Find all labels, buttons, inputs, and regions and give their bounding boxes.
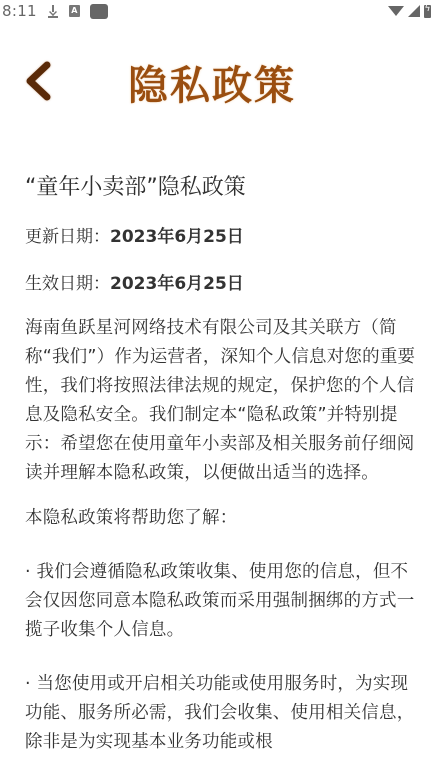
status-left: 8:11 A — [2, 2, 108, 20]
updated-date-value: 2023年6月25日 — [110, 227, 244, 247]
updated-date-line: 更新日期：2023年6月25日 — [25, 222, 420, 252]
page-title: 隐私政策 — [128, 54, 296, 111]
a-icon: A — [69, 5, 80, 17]
effective-date-value: 2023年6月25日 — [110, 274, 244, 294]
policy-content[interactable]: “童年小卖部”隐私政策 更新日期：2023年6月25日 生效日期：2023年6月… — [25, 170, 420, 781]
notification-box-icon — [90, 4, 108, 19]
battery-charging-icon — [424, 5, 431, 18]
chevron-left-icon — [23, 60, 53, 106]
status-bar: 8:11 A — [0, 0, 435, 22]
effective-date-line: 生效日期：2023年6月25日 — [25, 269, 420, 299]
back-button[interactable] — [18, 58, 58, 108]
status-right — [388, 5, 431, 18]
download-icon — [47, 4, 59, 18]
updated-date-label: 更新日期： — [25, 227, 110, 247]
lead-paragraph: 本隐私政策将帮助您了解： — [25, 504, 420, 533]
bullet-paragraph: · 我们会遵循隐私政策收集、使用您的信息，但不会仅因您同意本隐私政策而采用强制捆… — [25, 558, 420, 645]
status-time: 8:11 — [2, 2, 37, 20]
bullet-paragraph: · 当您使用或开启相关功能或使用服务时，为实现功能、服务所必需，我们会收集、使用… — [25, 670, 420, 757]
intro-paragraph: 海南鱼跃星河网络技术有限公司及其关联方（简称“我们”）作为运营者，深知个人信息对… — [25, 314, 420, 488]
wifi-icon — [388, 6, 404, 16]
document-title: “童年小卖部”隐私政策 — [25, 170, 420, 206]
signal-icon — [408, 5, 420, 17]
header: 隐私政策 — [0, 40, 435, 140]
effective-date-label: 生效日期： — [25, 274, 110, 294]
